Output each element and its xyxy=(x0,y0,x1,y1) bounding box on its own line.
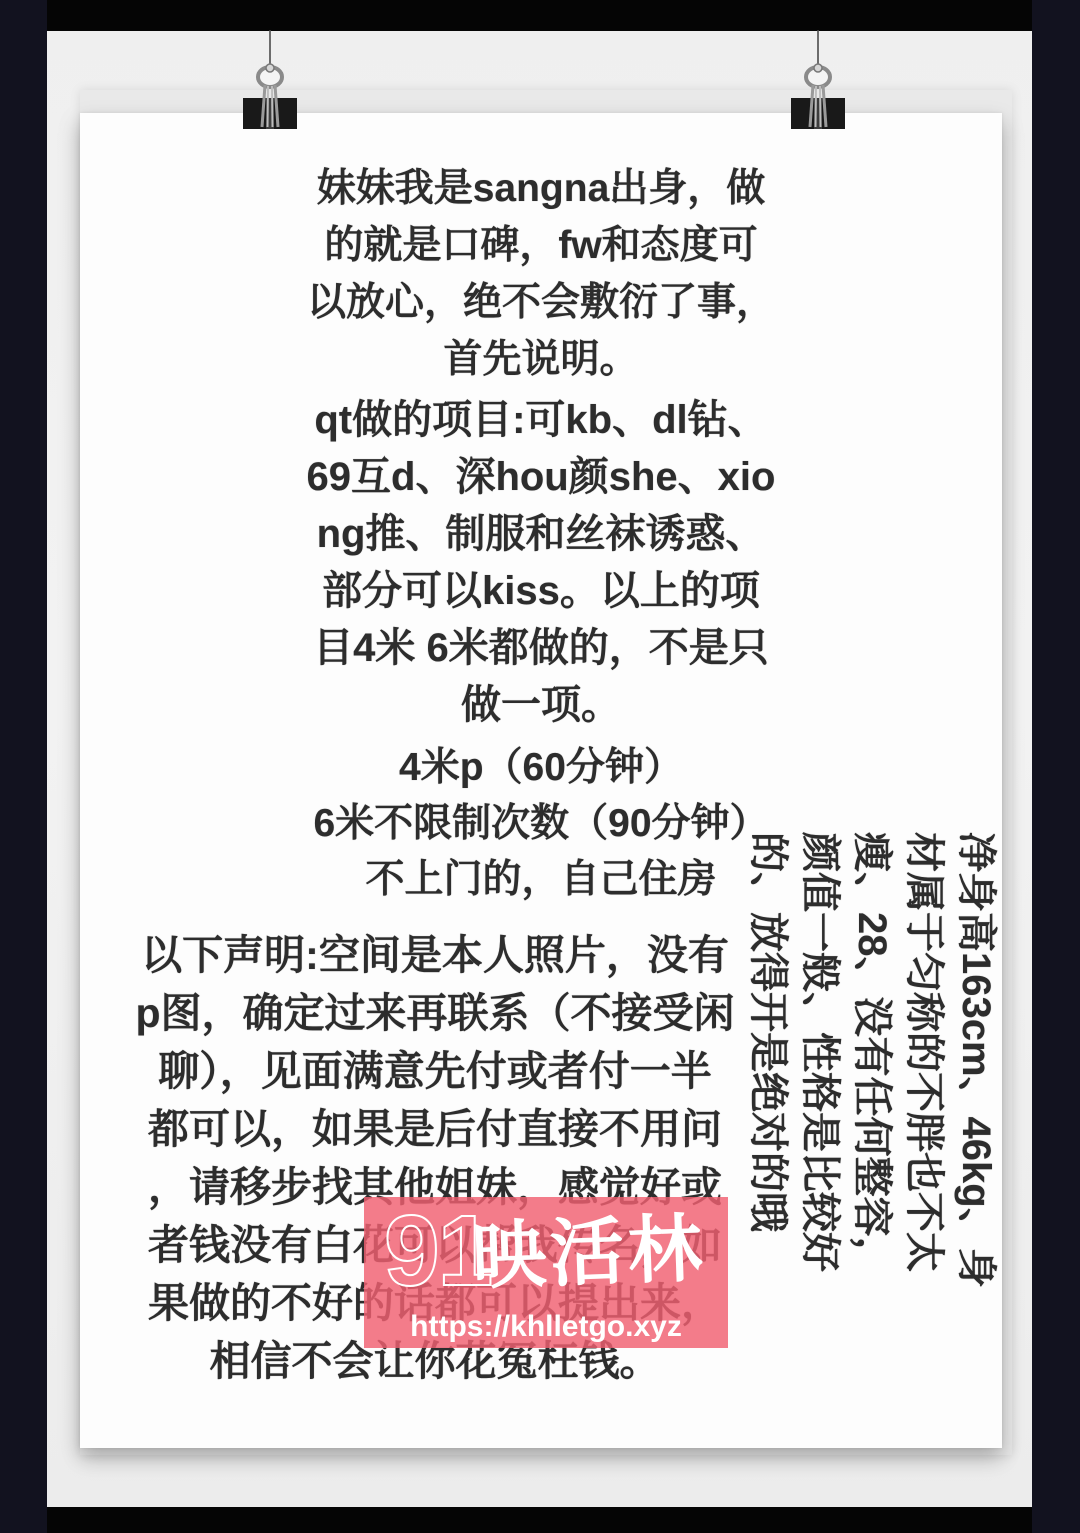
watermark-url: https://khlletgo.xyz xyxy=(364,1310,728,1344)
clip-prong xyxy=(820,86,821,127)
clip-knot xyxy=(814,64,822,72)
clip-prong xyxy=(268,86,269,127)
text-line: 部分可以kiss。以上的项 xyxy=(80,563,1002,620)
text-line: 材属于匀称的不胖也不太 xyxy=(898,832,950,1272)
text-line: 69互d、深hou颜she、xio xyxy=(80,449,1002,506)
bottom-black-bar xyxy=(47,1507,1032,1533)
clip-prong xyxy=(272,86,273,127)
watermark-overlay: 91 映活林 https://khlletgo.xyz xyxy=(364,1197,728,1348)
poster-paper: 妹妹我是sangna出身，做的就是口碑，fw和态度可以放心，绝不会敷衍了事，首先… xyxy=(80,113,1002,1448)
text-line: ng推、制服和丝袜诱惑、 xyxy=(80,506,1002,563)
watermark-brand: 映活林 xyxy=(471,1207,708,1299)
top-black-bar xyxy=(47,0,1032,31)
text-line: qt做的项目:可kb、dl钻、 xyxy=(80,392,1002,449)
text-line: 做一项。 xyxy=(80,677,1002,734)
text-line: 的就是口碑，fw和态度可 xyxy=(80,217,1002,274)
text-line: 以下声明:空间是本人照片，没有 xyxy=(108,926,762,984)
wall-photo: 妹妹我是sangna出身，做的就是口碑，fw和态度可以放心，绝不会敷衍了事，首先… xyxy=(47,0,1032,1533)
text-line: 颜值一般、性格是比较好 xyxy=(794,832,846,1272)
binder-clip-left xyxy=(240,30,300,132)
text-line: 净身高163cm、46kg、身 xyxy=(950,832,1002,1272)
binder-clip-right xyxy=(788,30,848,132)
text-line: 妹妹我是sangna出身，做 xyxy=(80,160,1002,217)
text-line: 瘦、28、没有任何整容， xyxy=(846,832,898,1272)
photo-background: 妹妹我是sangna出身，做的就是口碑，fw和态度可以放心，绝不会敷衍了事，首先… xyxy=(0,0,1080,1533)
text-line: 目4米 6米都做的，不是只 xyxy=(80,620,1002,677)
side-note-rotated: 净身高163cm、46kg、身材属于匀称的不胖也不太瘦、28、没有任何整容，颜值… xyxy=(742,832,1002,1272)
text-line: 以放心，绝不会敷衍了事， xyxy=(80,274,1002,331)
paragraph-intro: 妹妹我是sangna出身，做的就是口碑，fw和态度可以放心，绝不会敷衍了事，首先… xyxy=(80,160,1002,388)
text-line: 4米p（60分钟） xyxy=(80,740,1002,796)
paragraph-services: qt做的项目:可kb、dl钻、69互d、深hou颜she、xiong推、制服和丝… xyxy=(80,392,1002,734)
text-line: 聊），见面满意先付或者付一半 xyxy=(108,1042,762,1100)
clip-knot xyxy=(266,64,274,72)
text-line: p图，确定过来再联系（不接受闲 xyxy=(108,984,762,1042)
text-line: 首先说明。 xyxy=(80,331,1002,388)
text-line: 都可以，如果是后付直接不用问 xyxy=(108,1100,762,1158)
clip-prong xyxy=(816,86,817,127)
